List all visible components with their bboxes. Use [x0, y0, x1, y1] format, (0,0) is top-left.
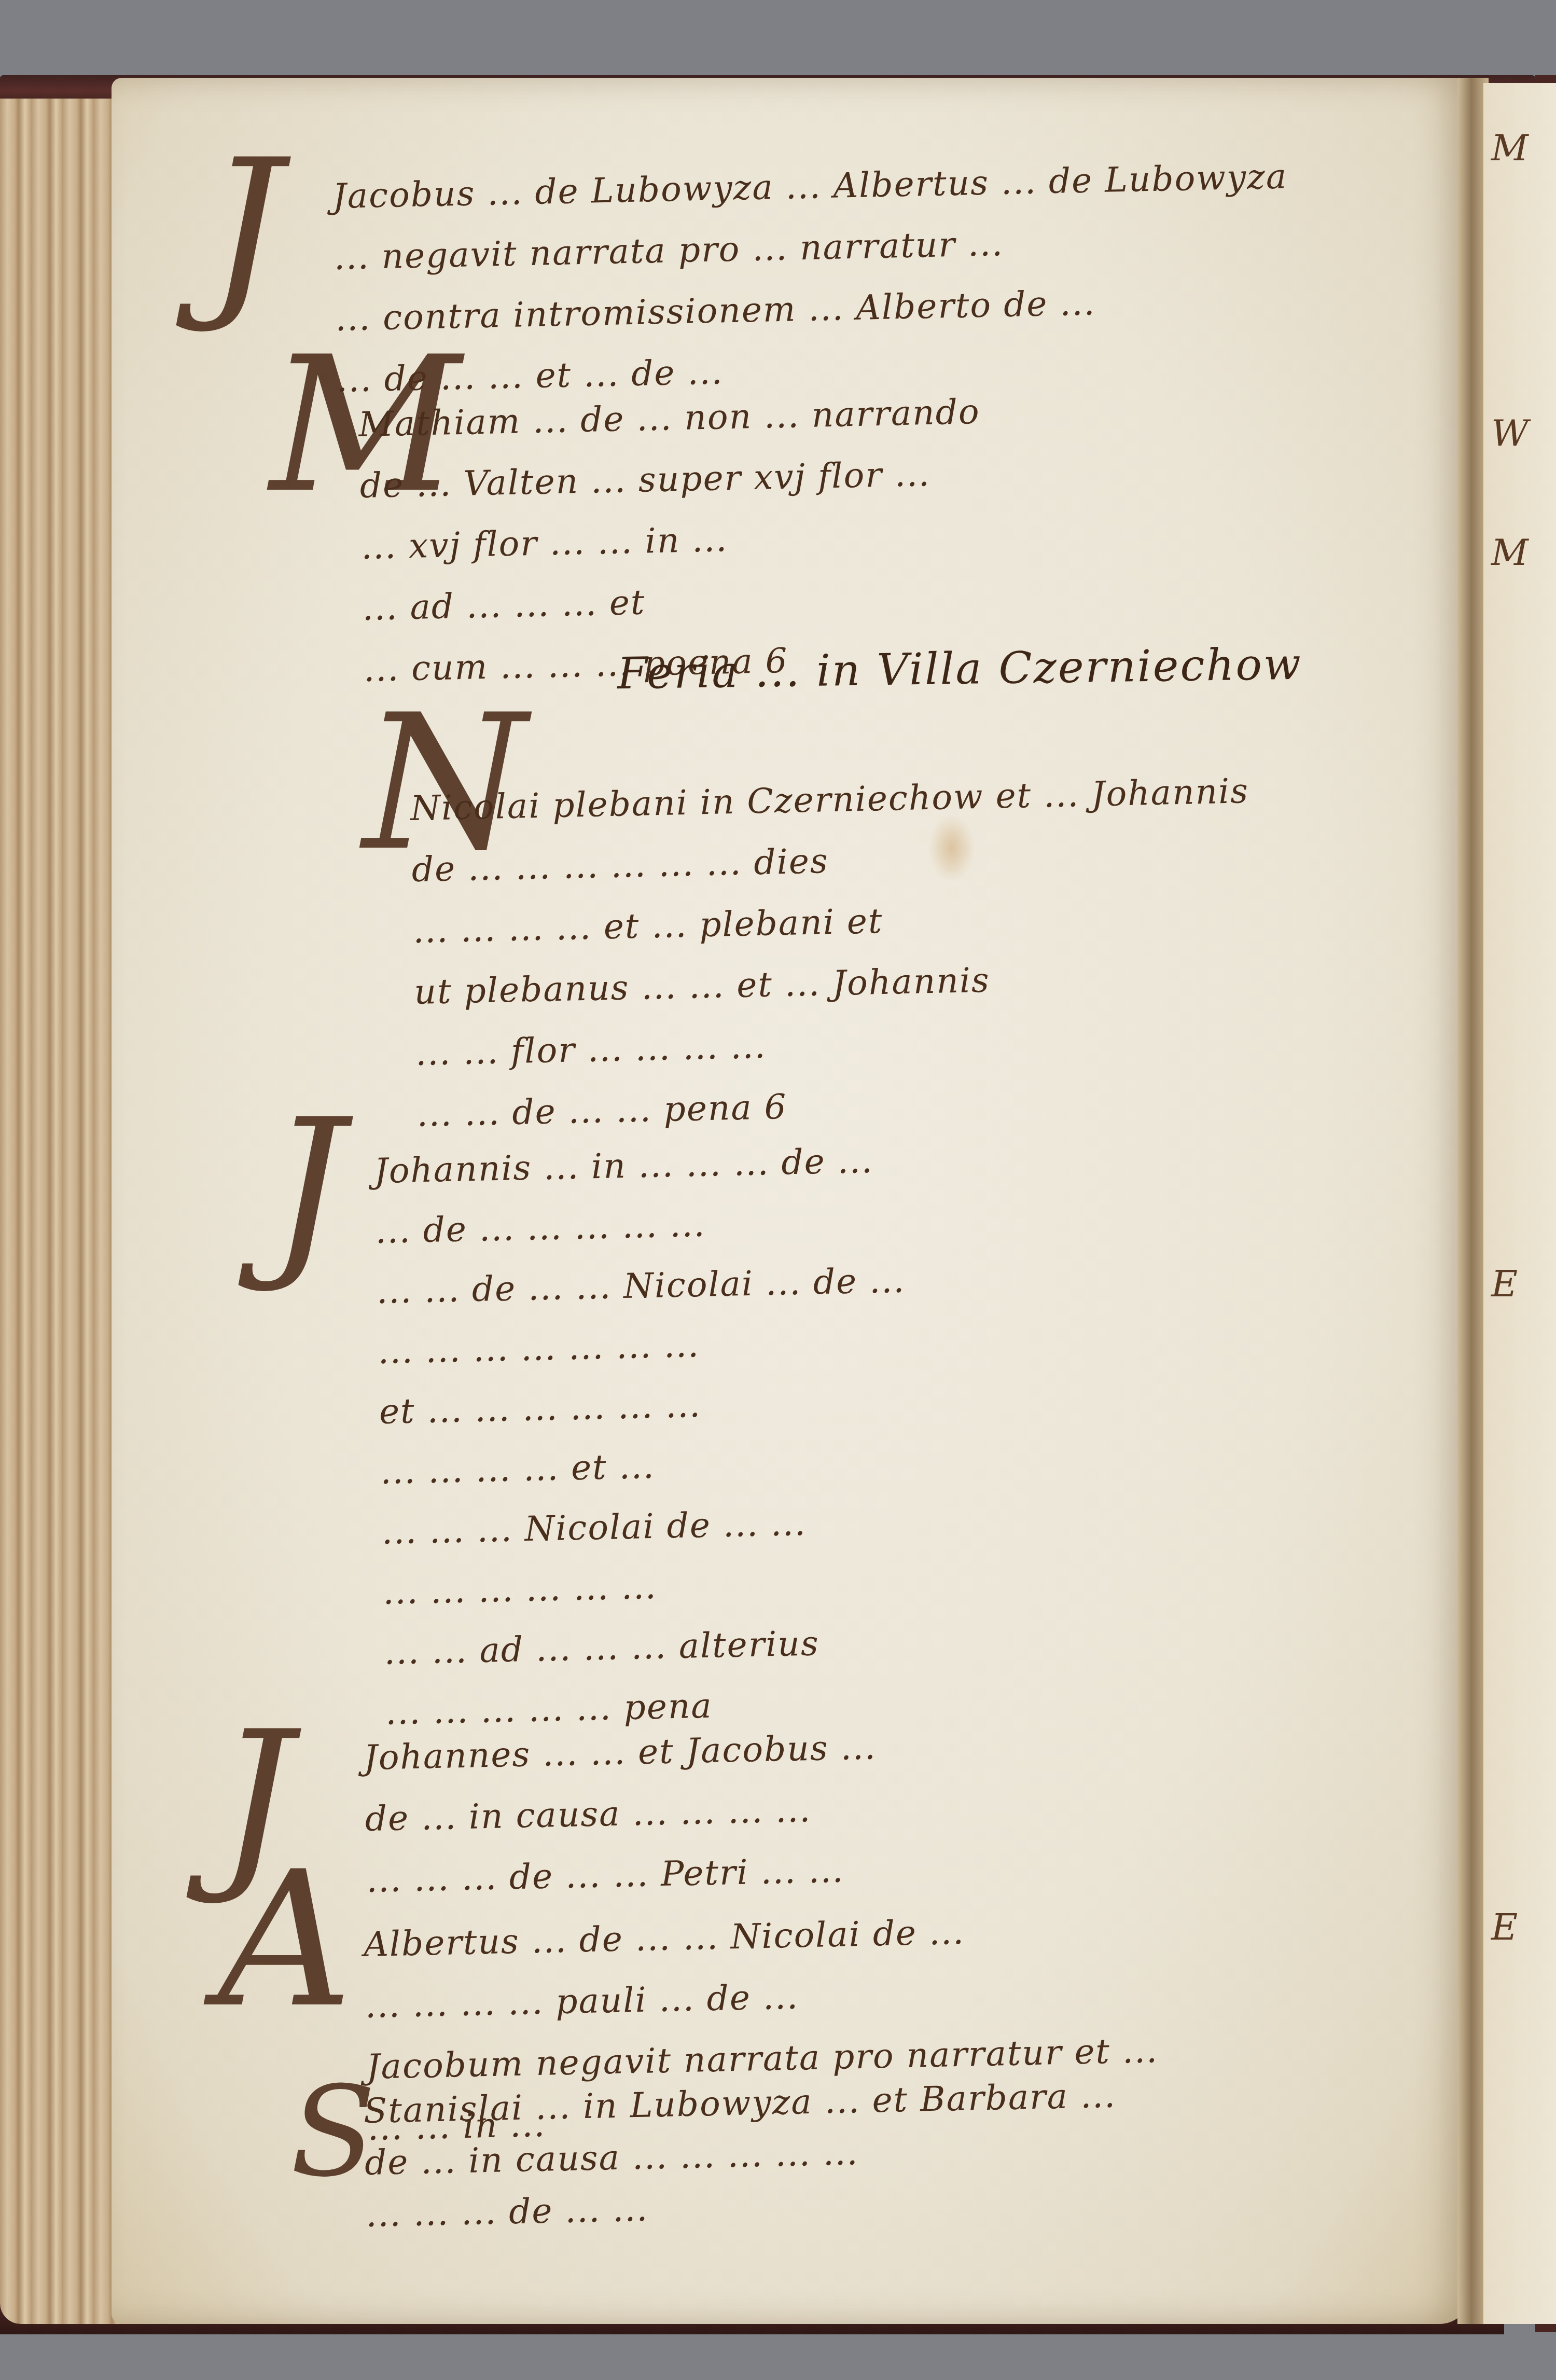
- text-line: ... ... de ... ... Nicolai ... de ...: [376, 1251, 906, 1322]
- entry-text-3: Nicolai plebani in Czerniechow et ... Jo…: [410, 760, 1256, 1145]
- text-line: de ... Valten ... super xvj flor ...: [359, 442, 982, 517]
- text-line: ... de ... ... ... ... ...: [374, 1191, 904, 1262]
- decorated-initial: A: [218, 1847, 353, 2033]
- facing-page-initial: M: [1491, 119, 1529, 176]
- facing-page-initial: E: [1491, 1255, 1518, 1312]
- facing-page-initial: E: [1491, 1899, 1518, 1956]
- text-line: ... ... ... de ... ... Petri ... ...: [366, 1839, 880, 1911]
- text-line: de ... in causa ... ... ... ...: [364, 1778, 878, 1850]
- facing-page-initial: W: [1491, 405, 1529, 462]
- facing-page-initial: M: [1491, 524, 1529, 581]
- entry-text-1: Jacobus ... de Lubowyza ... Albertus ...…: [332, 146, 1292, 410]
- text-line: ... ... ... ... ... ...: [382, 1551, 912, 1622]
- entry-text-5: Johannes ... ... et Jacobus ... de ... i…: [363, 1717, 880, 1911]
- page-fore-edge: [0, 99, 124, 2324]
- entry-text-7: Stanislai ... in Lubowyza ... et Barbara…: [363, 2070, 1119, 2241]
- text-line: ... ... ... ... et ...: [380, 1431, 909, 1502]
- text-line: ... ... ... Nicolai de ... ...: [381, 1491, 911, 1562]
- text-line: ... ... ad ... ... ... alterius: [383, 1611, 913, 1682]
- decorated-initial: J: [270, 1095, 344, 1281]
- text-line: Johannis ... in ... ... ... de ...: [373, 1130, 903, 1201]
- section-heading: Feria ... in Villa Czerniechow: [617, 639, 1302, 699]
- text-line: et ... ... ... ... ... ...: [379, 1371, 908, 1442]
- decorated-initial: J: [207, 135, 282, 322]
- entry-text-4: Johannis ... in ... ... ... de ... ... d…: [373, 1130, 914, 1743]
- text-line: Johannes ... ... et Jacobus ...: [363, 1717, 877, 1789]
- text-line: ... ... ... ... ... ... ...: [377, 1311, 907, 1382]
